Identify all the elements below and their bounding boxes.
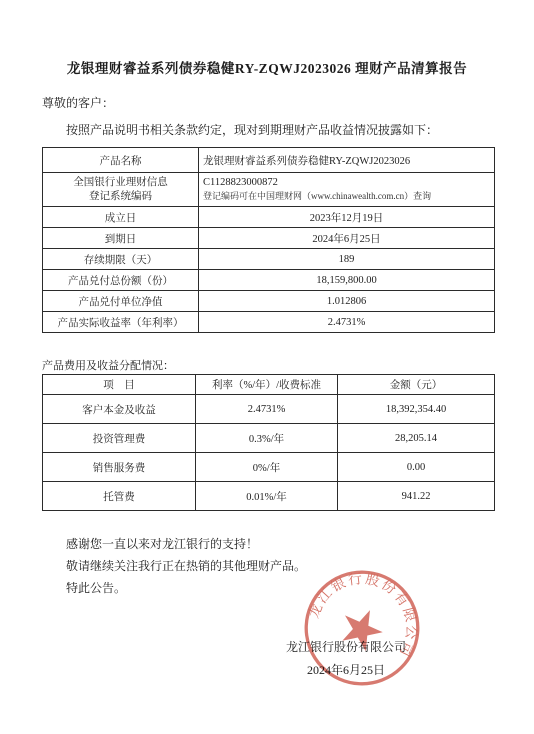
table-row: 产品兑付单位净值 1.012806 (43, 291, 495, 312)
salutation-text: 尊敬的客户： (42, 94, 114, 111)
table-row: 产品实际收益率（年利率） 2.4731% (43, 312, 495, 333)
fee-amount: 941.22 (338, 482, 495, 511)
fee-item: 托管费 (43, 482, 196, 511)
row-value: 2.4731% (199, 312, 495, 333)
fees-table: 项 目 利率（%/年）/收费标准 金额（元） 客户本金及收益 2.4731% 1… (42, 374, 495, 511)
row-value: C1128823000872 登记编码可在中国理财网（www.chinaweal… (199, 173, 495, 207)
fee-amount: 0.00 (338, 453, 495, 482)
row-value: 189 (199, 249, 495, 270)
row-label: 产品兑付总份额（份） (43, 270, 199, 291)
fees-section-heading: 产品费用及收益分配情况： (42, 357, 174, 373)
fee-item: 销售服务费 (43, 453, 196, 482)
table-row: 投资管理费 0.3%/年 28,205.14 (43, 424, 495, 453)
label-line-2: 登记系统编码 (47, 190, 194, 204)
table-row: 客户本金及收益 2.4731% 18,392,354.40 (43, 395, 495, 424)
table-row: 销售服务费 0%/年 0.00 (43, 453, 495, 482)
row-value: 18,159,800.00 (199, 270, 495, 291)
row-label: 全国银行业理财信息 登记系统编码 (43, 173, 199, 207)
label-line-1: 全国银行业理财信息 (47, 176, 194, 190)
table-row: 全国银行业理财信息 登记系统编码 C1128823000872 登记编码可在中国… (43, 173, 495, 207)
closing-line-promo: 敬请继续关注我行正在热销的其他理财产品。 (66, 557, 306, 574)
page-title: 龙银理财睿益系列债券稳健RY-ZQWJ2023026 理财产品清算报告 (0, 57, 534, 77)
fee-amount: 18,392,354.40 (338, 395, 495, 424)
row-value: 龙银理财睿益系列债券稳健RY-ZQWJ2023026 (199, 148, 495, 173)
fee-item: 投资管理费 (43, 424, 196, 453)
row-label: 产品名称 (43, 148, 199, 173)
closing-line-thanks: 感谢您一直以来对龙江银行的支持！ (66, 535, 258, 552)
column-header-amount: 金额（元） (338, 375, 495, 395)
row-label: 到期日 (43, 228, 199, 249)
fee-rate: 2.4731% (196, 395, 338, 424)
product-info-table: 产品名称 龙银理财睿益系列债券稳健RY-ZQWJ2023026 全国银行业理财信… (42, 147, 495, 333)
registration-code: C1128823000872 (203, 176, 490, 190)
row-value: 2023年12月19日 (199, 207, 495, 228)
table-row: 托管费 0.01%/年 941.22 (43, 482, 495, 511)
fee-amount: 28,205.14 (338, 424, 495, 453)
row-label: 产品兑付单位净值 (43, 291, 199, 312)
row-label: 存续期限（天） (43, 249, 199, 270)
row-label: 成立日 (43, 207, 199, 228)
registration-note: 登记编码可在中国理财网（www.chinawealth.com.cn）查询 (203, 190, 490, 203)
row-value: 2024年6月25日 (199, 228, 495, 249)
intro-paragraph: 按照产品说明书相关条款约定，现对到期理财产品收益情况披露如下： (42, 121, 494, 138)
table-row: 成立日 2023年12月19日 (43, 207, 495, 228)
table-row: 存续期限（天） 189 (43, 249, 495, 270)
column-header-rate: 利率（%/年）/收费标准 (196, 375, 338, 395)
table-row: 产品名称 龙银理财睿益系列债券稳健RY-ZQWJ2023026 (43, 148, 495, 173)
fee-rate: 0.3%/年 (196, 424, 338, 453)
table-header-row: 项 目 利率（%/年）/收费标准 金额（元） (43, 375, 495, 395)
fee-item: 客户本金及收益 (43, 395, 196, 424)
clearing-report-page: 龙银理财睿益系列债券稳健RY-ZQWJ2023026 理财产品清算报告 尊敬的客… (0, 0, 534, 734)
table-row: 到期日 2024年6月25日 (43, 228, 495, 249)
table-row: 产品兑付总份额（份） 18,159,800.00 (43, 270, 495, 291)
column-header-item: 项 目 (43, 375, 196, 395)
row-value: 1.012806 (199, 291, 495, 312)
fee-rate: 0%/年 (196, 453, 338, 482)
svg-text:龙江银行股份有限公司: 龙江银行股份有限公司 (305, 552, 438, 661)
closing-line-notice: 特此公告。 (66, 579, 126, 596)
fee-rate: 0.01%/年 (196, 482, 338, 511)
row-label: 产品实际收益率（年利率） (43, 312, 199, 333)
